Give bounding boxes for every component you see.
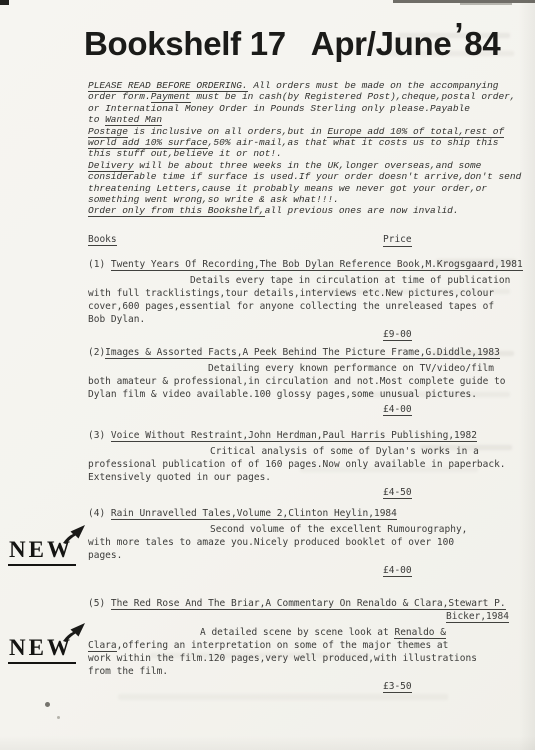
book-title-text: (4) <box>88 508 111 519</box>
book-price: £4-50 <box>383 487 412 499</box>
book-title-text: (3) <box>88 430 111 441</box>
scanned-catalog-page: Bookshelf 17Apr/June’84 PLEASE READ BEFO… <box>0 0 535 750</box>
intro-line: world add 10% surface,50% air-mail,as th… <box>88 137 521 148</box>
scan-shade-bottom <box>0 736 535 750</box>
page-title-name: Bookshelf 17 <box>84 25 286 62</box>
scan-mark-top-right-2 <box>460 3 512 5</box>
book-description-text: cover,600 pages,essential for anyone col… <box>88 301 494 312</box>
intro-text: considerable time if surface is used.If … <box>88 171 521 182</box>
book-description-text: with more tales to amaze you.Nicely prod… <box>88 537 454 548</box>
price-line: £4-00 <box>88 564 467 577</box>
intro-text: something went wrong,so write & ask what… <box>88 194 339 205</box>
page-title: Bookshelf 17Apr/June’84 <box>84 27 500 60</box>
book-title-line: (4) Rain Unravelled Tales,Volume 2,Clint… <box>88 507 467 520</box>
book-title: (1) Twenty Years Of Recording,The Bob Dy… <box>88 258 523 271</box>
book-title-text-underlined: Images & Assorted Facts,A Peek Behind Th… <box>105 347 500 359</box>
book-description-text: both amateur & professional,in circulati… <box>88 376 506 387</box>
intro-text: All orders must be made on the accompany… <box>248 80 499 91</box>
ordering-instructions: PLEASE READ BEFORE ORDERING. All orders … <box>88 80 521 217</box>
intro-line: Delivery will be about three weeks in th… <box>88 160 521 171</box>
book-description-text: Extensively quoted in our pages. <box>88 472 271 483</box>
book-description-text: professional publication of of 160 pages… <box>88 459 506 470</box>
book-description-line: with more tales to amaze you.Nicely prod… <box>88 536 467 549</box>
bleed-through-artifact <box>118 694 448 700</box>
book-description-line: Second volume of the excellent Rumourogr… <box>88 523 467 536</box>
intro-text: will be about three weeks in the UK,long… <box>134 160 482 171</box>
book-description-line: professional publication of of 160 pages… <box>88 458 506 471</box>
intro-line: Order only from this Bookshelf,all previ… <box>88 205 521 216</box>
book-title-text: (5) <box>88 598 111 609</box>
intro-line: PLEASE READ BEFORE ORDERING. All orders … <box>88 80 521 91</box>
book-title: (2)Images & Assorted Facts,A Peek Behind… <box>88 346 506 359</box>
catalog-column-headers: Books Price <box>88 233 528 246</box>
scan-shade-right <box>519 0 535 750</box>
book-description-line: from the film. <box>88 665 509 678</box>
price-line: £4-50 <box>88 486 506 499</box>
page-title-year: 84 <box>464 25 500 62</box>
book-description-text: work within the film.120 pages,very well… <box>88 653 477 664</box>
book-description-line: pages. <box>88 549 467 562</box>
book-description-text: Details every tape in circulation at tim… <box>190 275 510 286</box>
intro-line: Postage is inclusive on all orders,but i… <box>88 126 521 137</box>
book-description-line: Critical analysis of some of Dylan's wor… <box>88 445 506 458</box>
book-title-text: (1) <box>88 259 111 270</box>
arrow-up-right-icon <box>62 622 88 642</box>
book-title-text: (2) <box>88 347 105 358</box>
book-description-text: Second volume of the excellent Rumourogr… <box>210 524 467 535</box>
book-description-line: work within the film.120 pages,very well… <box>88 652 509 665</box>
book-price: £4-00 <box>383 565 412 577</box>
book-title-line: (1) Twenty Years Of Recording,The Bob Dy… <box>88 258 523 271</box>
price-line: £3-50 <box>88 680 509 693</box>
book-price: £3-50 <box>383 681 412 693</box>
intro-text-underlined: Wanted Man <box>105 114 162 126</box>
intro-text-underlined: Order only from this Bookshelf, <box>88 205 265 217</box>
book-description-text-underlined: Renaldo & <box>394 627 445 639</box>
book-title-line: Bicker,1984 <box>88 610 509 623</box>
intro-text-underlined: PLEASE READ BEFORE ORDERING. <box>88 80 248 92</box>
book-item-3: (3) Voice Without Restraint,John Herdman… <box>88 429 506 499</box>
intro-text-underlined: Delivery <box>88 160 134 172</box>
book-description-text: Critical analysis of some of Dylan's wor… <box>210 446 479 457</box>
intro-line: considerable time if surface is used.If … <box>88 171 521 182</box>
intro-text: is inclusive on all orders,but in <box>128 126 328 137</box>
book-title-line: (5) The Red Rose And The Briar,A Comment… <box>88 597 509 610</box>
intro-text-underlined: Postage <box>88 126 128 138</box>
book-description-text: A detailed scene by scene look at <box>200 627 394 638</box>
intro-text: ,50% air-mail,as that what it costs us t… <box>208 137 499 148</box>
book-description-text: Dylan film & video available.100 glossy … <box>88 389 477 400</box>
intro-text: all previous ones are now invalid. <box>265 205 459 216</box>
scan-mark-dot <box>45 702 50 707</box>
book-title-line: (2)Images & Assorted Facts,A Peek Behind… <box>88 346 506 359</box>
intro-text-underlined: Europe add 10% of total,rest of <box>327 126 504 138</box>
scan-mark-dot-2 <box>57 716 60 719</box>
intro-text: this stuff out,believe it or not!. <box>88 148 282 159</box>
intro-line: something went wrong,so write & ask what… <box>88 194 521 205</box>
book-item-4: (4) Rain Unravelled Tales,Volume 2,Clint… <box>88 507 467 577</box>
book-description-line: Clara,offering an interpretation on some… <box>88 639 509 652</box>
intro-line: threatening Letters,cause it probably me… <box>88 183 521 194</box>
intro-text: threatening Letters,cause it probably me… <box>88 183 487 194</box>
book-price: £9-00 <box>383 329 412 341</box>
book-title: (5) The Red Rose And The Briar,A Comment… <box>88 597 509 623</box>
arrow-up-right-icon <box>62 524 88 544</box>
book-description-line: with full tracklistings,tour details,int… <box>88 287 523 300</box>
book-description-line: Detailing every known performance on TV/… <box>88 362 506 375</box>
book-description-line: A detailed scene by scene look at Renald… <box>88 626 509 639</box>
book-description-text: ,offering an interpretation on some of t… <box>117 640 449 651</box>
book-title-text-underlined: Voice Without Restraint,John Herdman,Pau… <box>111 430 477 442</box>
intro-text: order form. <box>88 91 151 102</box>
book-description-line: Bob Dylan. <box>88 313 523 326</box>
scan-mark-top-left <box>0 0 9 5</box>
scan-mark-top-right <box>393 0 535 3</box>
book-description-text: Detailing every known performance on TV/… <box>208 363 494 374</box>
book-description-line: both amateur & professional,in circulati… <box>88 375 506 388</box>
book-description-line: Dylan film & video available.100 glossy … <box>88 388 506 401</box>
intro-text-underlined: world add 10% surface <box>88 137 208 149</box>
page-title-date: Apr/June <box>311 25 452 62</box>
book-title-text-underlined: Twenty Years Of Recording,The Bob Dylan … <box>111 259 523 271</box>
book-title-line: (3) Voice Without Restraint,John Herdman… <box>88 429 506 442</box>
book-item-1: (1) Twenty Years Of Recording,The Bob Dy… <box>88 258 523 341</box>
book-description-text: with full tracklistings,tour details,int… <box>88 288 494 299</box>
intro-line: this stuff out,believe it or not!. <box>88 148 521 159</box>
intro-text: or International Money Order in Pounds S… <box>88 103 470 114</box>
new-stamp: NEW <box>8 621 108 673</box>
intro-text-underlined: Payment <box>151 91 191 103</box>
book-item-2: (2)Images & Assorted Facts,A Peek Behind… <box>88 346 506 416</box>
intro-text: to <box>88 114 105 125</box>
book-description-line: Details every tape in circulation at tim… <box>88 274 523 287</box>
intro-text: must be in cash(by Registered Post),cheq… <box>191 91 516 102</box>
intro-line: order form.Payment must be in cash(by Re… <box>88 91 521 102</box>
intro-line: or International Money Order in Pounds S… <box>88 103 521 114</box>
price-column-header: Price <box>383 233 412 247</box>
intro-line: to Wanted Man <box>88 114 521 125</box>
new-stamp: NEW <box>8 523 108 575</box>
book-title-text-underlined: Rain Unravelled Tales,Volume 2,Clinton H… <box>111 508 397 520</box>
price-line: £9-00 <box>88 328 523 341</box>
book-description-line: Extensively quoted in our pages. <box>88 471 506 484</box>
page-title-apostrophe: ’ <box>454 18 463 51</box>
book-title-text-underlined: Bicker,1984 <box>446 611 509 623</box>
price-line: £4-00 <box>88 403 506 416</box>
book-item-5: (5) The Red Rose And The Briar,A Comment… <box>88 597 509 693</box>
book-description-text: Bob Dylan. <box>88 314 145 325</box>
book-price: £4-00 <box>383 404 412 416</box>
book-title-text-underlined: The Red Rose And The Briar,A Commentary … <box>111 598 506 610</box>
book-title: (3) Voice Without Restraint,John Herdman… <box>88 429 506 442</box>
book-title: (4) Rain Unravelled Tales,Volume 2,Clint… <box>88 507 467 520</box>
books-column-header: Books <box>88 234 117 246</box>
book-description-line: cover,600 pages,essential for anyone col… <box>88 300 523 313</box>
